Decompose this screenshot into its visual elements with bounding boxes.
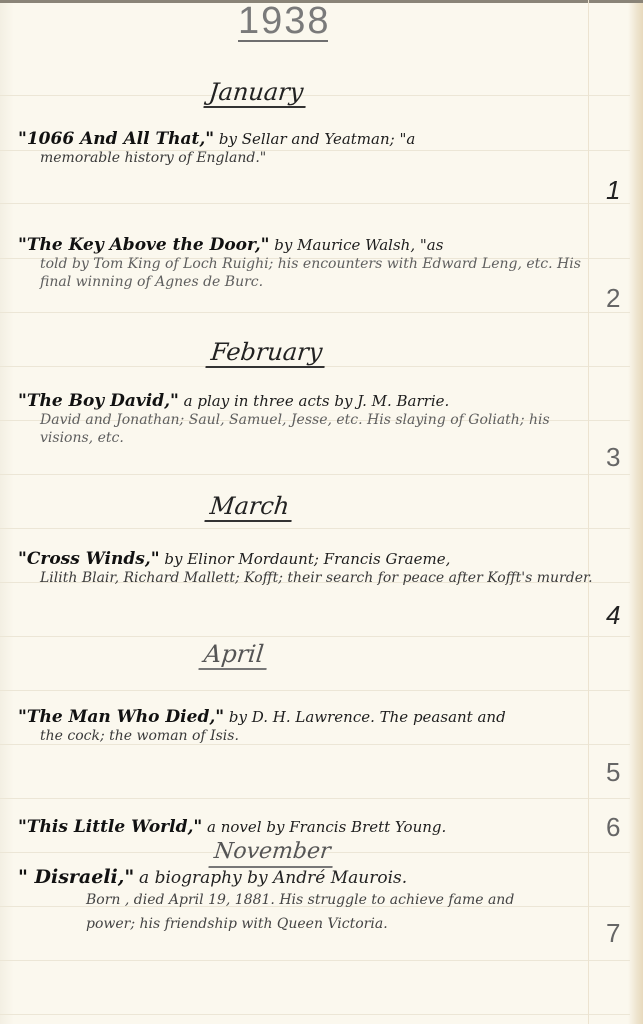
book-entry: "Cross Winds," by Elinor Mordaunt; Franc…	[18, 550, 598, 587]
book-title: "Cross Winds,"	[18, 549, 160, 569]
book-description: the cock; the woman of Isis.	[18, 727, 598, 745]
ruled-line	[0, 312, 630, 313]
month-heading-november: November	[208, 838, 336, 868]
book-byline: by Sellar and Yeatman; "a	[219, 130, 415, 148]
notebook-page: 1938 January "1066 And All That," by Sel…	[0, 0, 643, 1024]
year-heading: 1938	[238, 2, 328, 42]
book-byline: by Maurice Walsh, "as	[274, 236, 443, 254]
entry-number: 2	[606, 283, 636, 314]
book-title: "The Boy David,"	[18, 391, 179, 411]
book-title: "The Key Above the Door,"	[18, 235, 270, 255]
ruled-line	[0, 1014, 630, 1015]
ruled-line	[0, 203, 630, 204]
ruled-line	[0, 636, 630, 637]
book-description: David and Jonathan; Saul, Samuel, Jesse,…	[18, 411, 598, 447]
book-byline: a play in three acts by J. M. Barrie.	[184, 392, 450, 410]
entry-number: 4	[606, 600, 636, 631]
month-heading-february: February	[205, 338, 327, 368]
ruled-line	[0, 95, 630, 96]
book-description: Born , died April 19, 1881. His struggle…	[18, 888, 556, 936]
book-title: "This Little World,"	[18, 817, 202, 837]
entry-number: 5	[606, 757, 636, 788]
month-heading-january: January	[203, 78, 308, 108]
book-byline: a novel by Francis Brett Young.	[207, 818, 446, 836]
entry-number: 7	[606, 918, 636, 949]
entry-number: 1	[606, 175, 636, 206]
ruled-line	[0, 474, 630, 475]
book-description: memorable history of England."	[18, 149, 598, 167]
book-entry: "The Man Who Died," by D. H. Lawrence. T…	[18, 708, 598, 745]
book-description: Lilith Blair, Richard Mallett; Kofft; th…	[18, 569, 598, 587]
book-title: "The Man Who Died,"	[18, 707, 224, 727]
book-entry: "1066 And All That," by Sellar and Yeatm…	[18, 130, 598, 167]
month-heading-april: April	[198, 640, 269, 670]
ruled-line	[0, 528, 630, 529]
book-entry: "The Boy David," a play in three acts by…	[18, 392, 598, 447]
month-heading-march: March	[204, 492, 294, 522]
book-entry: " Disraeli," a biography by André Mauroi…	[18, 868, 598, 936]
book-byline: by D. H. Lawrence. The peasant and	[229, 708, 506, 726]
ruled-line	[0, 798, 630, 799]
book-title: "1066 And All That,"	[18, 129, 214, 149]
book-entry: "This Little World," a novel by Francis …	[18, 818, 598, 837]
book-description: told by Tom King of Loch Ruighi; his enc…	[18, 255, 598, 291]
ruled-line	[0, 690, 630, 691]
book-byline: a biography by André Maurois.	[139, 868, 407, 888]
entry-number: 6	[606, 812, 636, 843]
book-title: " Disraeli,"	[18, 866, 134, 888]
ruled-line	[0, 960, 630, 961]
book-byline: by Elinor Mordaunt; Francis Graeme,	[164, 550, 450, 568]
entry-number: 3	[606, 442, 636, 473]
book-entry: "The Key Above the Door," by Maurice Wal…	[18, 236, 598, 291]
